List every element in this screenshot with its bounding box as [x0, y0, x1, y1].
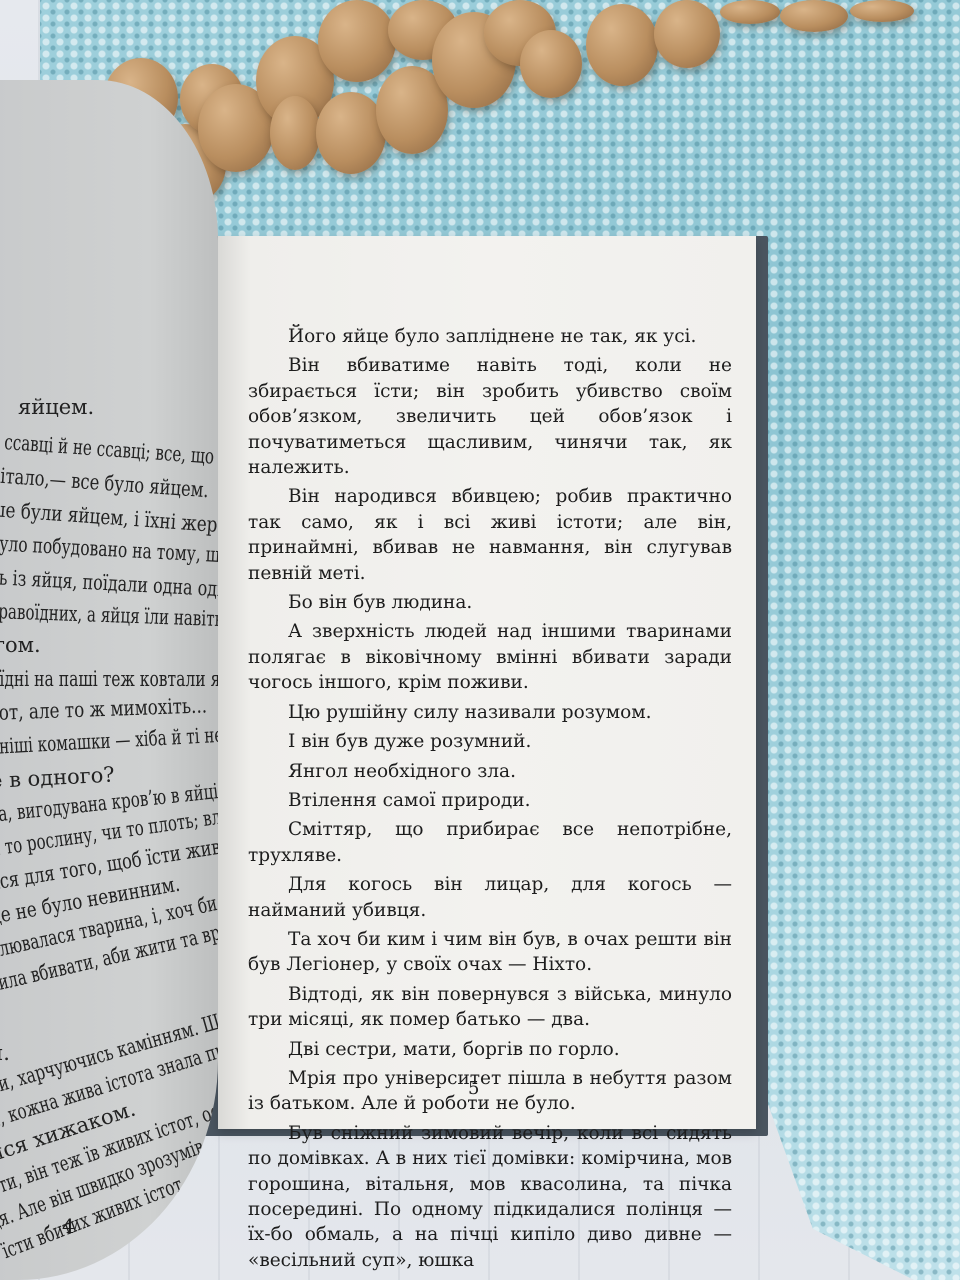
page-number: 4: [62, 1214, 75, 1238]
paragraph: Бо він був людина.: [248, 590, 732, 615]
book-page-left: яйцем. і, ссавці й не ссавці; все, що пл…: [0, 80, 218, 1280]
paragraph: Втілення самої природи.: [248, 788, 732, 813]
bead: [318, 0, 396, 82]
paragraph: Янгол необхідного зла.: [248, 759, 732, 784]
paragraph: Він вбиватиме навіть тоді, коли не збира…: [248, 353, 732, 480]
paragraph: А зверхність людей над іншими тваринами …: [248, 619, 732, 695]
bead: [270, 96, 320, 170]
bead: [654, 0, 720, 68]
text-line: травоїдних, а яйця їли навіть і: [0, 594, 178, 635]
paragraph: І він був дуже розумний.: [248, 729, 732, 754]
paragraph: Дві сестри, мати, боргів по горло.: [248, 1037, 732, 1062]
text-line: яйцем.: [0, 390, 218, 424]
page-body-text: яйцем. і, ссавці й не ссавці; все, що пл…: [0, 390, 218, 1274]
paragraph: Сміттяр, що прибирає все непотрібне, тру…: [248, 817, 732, 868]
page-body-text: Його яйце було запліднене не так, як усі…: [248, 324, 732, 1273]
book-page-right: Його яйце було запліднене не так, як усі…: [218, 236, 756, 1129]
paragraph: Він народився вбивцею; робив практично т…: [248, 484, 732, 586]
paragraph: Відтоді, як він повернувся з війська, ми…: [248, 982, 732, 1033]
bead: [850, 0, 914, 22]
bead: [520, 30, 582, 98]
paragraph: Його яйце було запліднене не так, як усі…: [248, 324, 732, 349]
paragraph: Для когось він лицар, для когось — найма…: [248, 872, 732, 923]
paragraph: Та хоч би ким і чим він був, в очах решт…: [248, 927, 732, 978]
bead: [720, 0, 780, 24]
paragraph: Був сніжний зимовий вечір, коли всі сидя…: [248, 1121, 732, 1273]
paragraph: Мрія про університет пішла в небуття раз…: [248, 1066, 732, 1117]
text-line: гом.: [0, 628, 218, 662]
paragraph: Цю рушійну силу називали розумом.: [248, 700, 732, 725]
bead: [780, 0, 848, 32]
bead: [586, 4, 658, 86]
page-number: 5: [468, 1078, 479, 1099]
